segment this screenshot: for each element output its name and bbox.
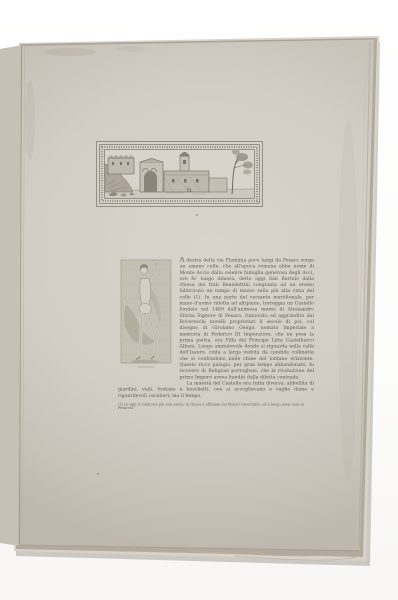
fox-mark — [97, 473, 99, 475]
text-column: A destra della via Flaminia poco lungi d… — [118, 257, 314, 409]
dancer-figure — [118, 258, 175, 384]
dancer-engraving — [118, 258, 175, 384]
photo-backdrop: A destra della via Flaminia poco lungi d… — [0, 0, 398, 600]
footnote: (1) In oggi il romitorio più non esiste;… — [118, 402, 314, 409]
ink-speck — [196, 214, 198, 216]
headpiece-vignette — [96, 141, 263, 207]
paragraph-1-text: destra della via Flaminia poco lungi da … — [180, 258, 315, 380]
